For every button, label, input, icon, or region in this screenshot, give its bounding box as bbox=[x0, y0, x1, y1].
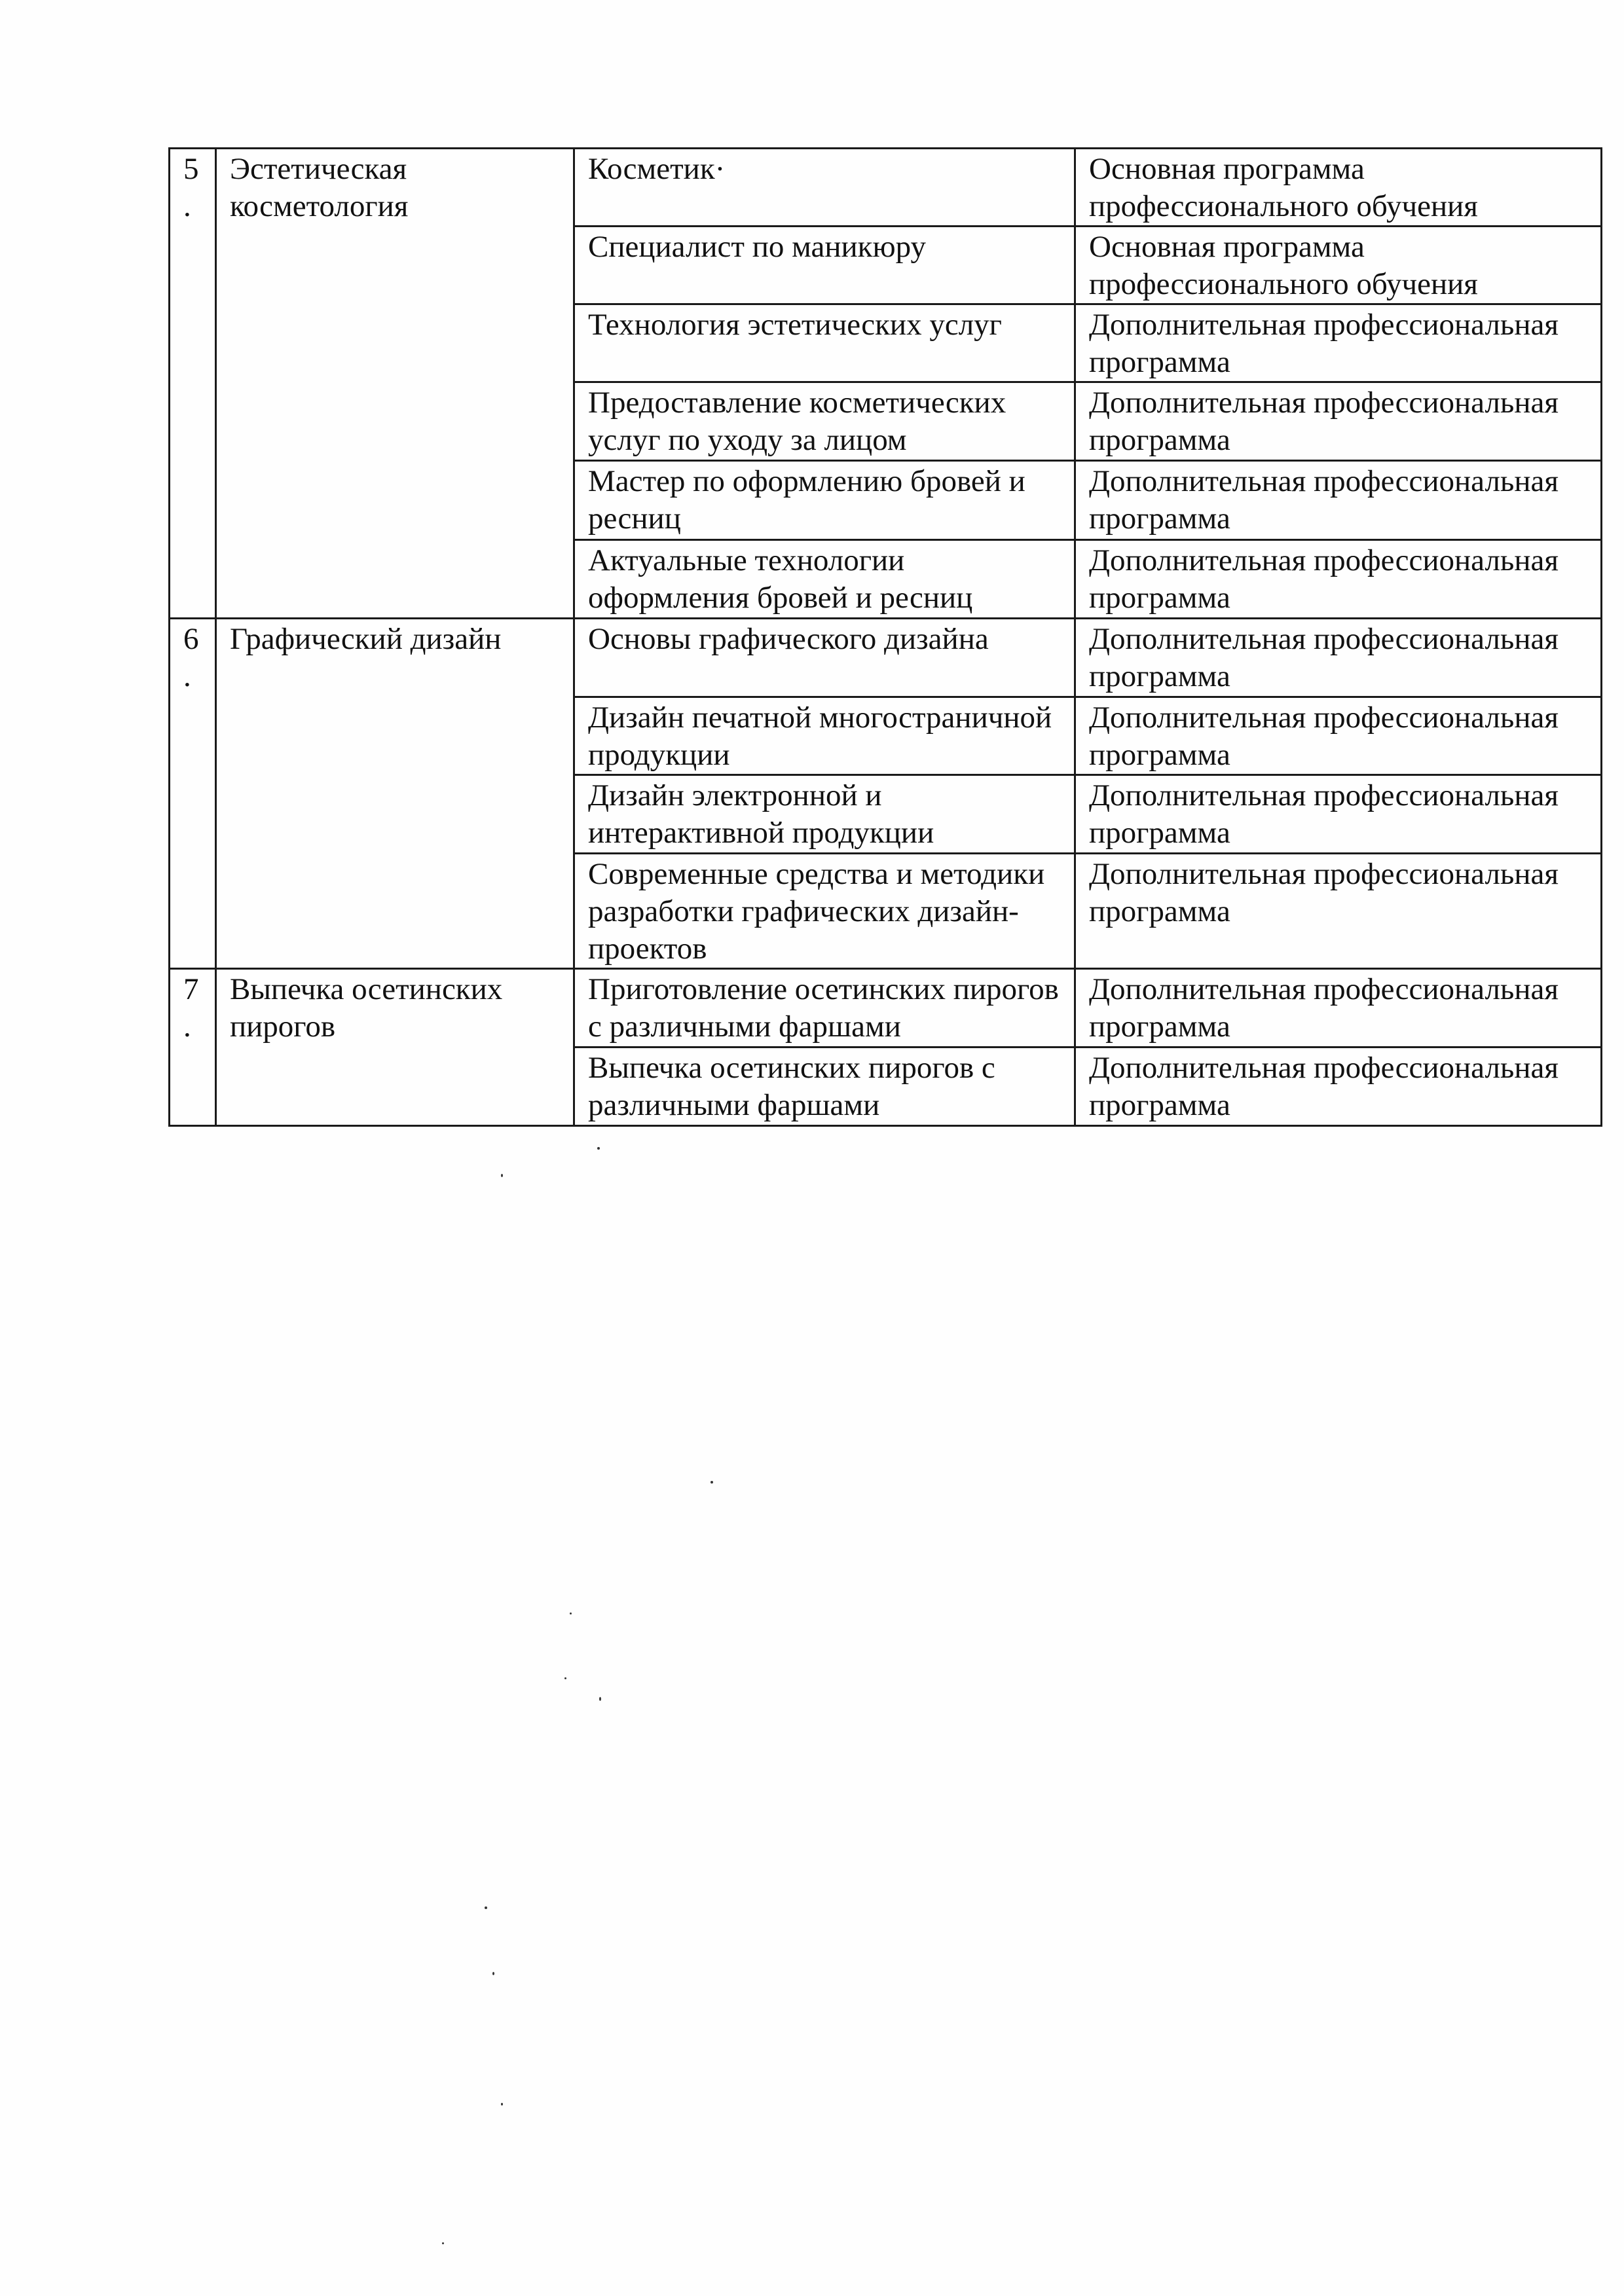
program-name-cell: Выпечка осетинских пирогов с различными … bbox=[574, 1048, 1075, 1126]
scan-speck bbox=[710, 1481, 713, 1484]
scan-speck bbox=[442, 2242, 444, 2244]
program-name-cell: Предоставление косметических услуг по ух… bbox=[574, 382, 1075, 461]
scan-speck bbox=[599, 1697, 601, 1701]
program-type-cell: Дополнительная профессиональная программ… bbox=[1075, 854, 1602, 969]
row-number: 7. bbox=[170, 969, 216, 1126]
program-type-cell: Дополнительная профессиональная программ… bbox=[1075, 382, 1602, 461]
program-type-cell: Дополнительная профессиональная программ… bbox=[1075, 461, 1602, 540]
program-name-cell: Актуальные технологии оформления бровей … bbox=[574, 540, 1075, 619]
program-type-cell: Дополнительная профессиональная программ… bbox=[1075, 619, 1602, 697]
program-name-cell: Основы графического дизайна bbox=[574, 619, 1075, 697]
table-row: 5. Эстетическая косметология Косметик· О… bbox=[170, 149, 1602, 227]
program-type-cell: Дополнительная профессиональная программ… bbox=[1075, 1048, 1602, 1126]
program-name-cell: Дизайн электронной и интерактивной проду… bbox=[574, 775, 1075, 854]
programs-table: 5. Эстетическая косметология Косметик· О… bbox=[168, 147, 1602, 1127]
scan-speck bbox=[501, 2103, 503, 2105]
scan-speck bbox=[597, 1147, 600, 1150]
table-row: 6. Графический дизайн Основы графическог… bbox=[170, 619, 1602, 697]
program-name-cell: Мастер по оформлению бровей и ресниц bbox=[574, 461, 1075, 540]
program-type-cell: Дополнительная профессиональная программ… bbox=[1075, 775, 1602, 854]
row-number: 5. bbox=[170, 149, 216, 619]
program-name-cell: Технология эстетических услуг bbox=[574, 304, 1075, 382]
direction-cell: Эстетическая косметология bbox=[216, 149, 574, 619]
program-name-cell: Современные средства и методики разработ… bbox=[574, 854, 1075, 969]
program-name-cell: Косметик· bbox=[574, 149, 1075, 227]
program-type-cell: Основная программа профессионального обу… bbox=[1075, 149, 1602, 227]
program-name-cell: Приготовление осетинских пирогов с разли… bbox=[574, 969, 1075, 1048]
row-number: 6. bbox=[170, 619, 216, 969]
scan-speck bbox=[492, 1972, 494, 1975]
program-type-cell: Дополнительная профессиональная программ… bbox=[1075, 697, 1602, 775]
scan-speck bbox=[501, 1174, 503, 1177]
program-name-cell: Специалист по маникюру bbox=[574, 227, 1075, 304]
scan-speck bbox=[570, 1613, 572, 1614]
program-type-cell: Дополнительная профессиональная программ… bbox=[1075, 540, 1602, 619]
document-page: 5. Эстетическая косметология Косметик· О… bbox=[0, 0, 1624, 2296]
scan-speck bbox=[564, 1677, 566, 1679]
direction-cell: Выпечка осетинских пирогов bbox=[216, 969, 574, 1126]
scan-speck bbox=[485, 1906, 487, 1909]
program-type-cell: Основная программа профессионального обу… bbox=[1075, 227, 1602, 304]
program-type-cell: Дополнительная профессиональная программ… bbox=[1075, 969, 1602, 1048]
table-row: 7. Выпечка осетинских пирогов Приготовле… bbox=[170, 969, 1602, 1048]
program-name-cell: Дизайн печатной многостраничной продукци… bbox=[574, 697, 1075, 775]
direction-cell: Графический дизайн bbox=[216, 619, 574, 969]
program-type-cell: Дополнительная профессиональная программ… bbox=[1075, 304, 1602, 382]
